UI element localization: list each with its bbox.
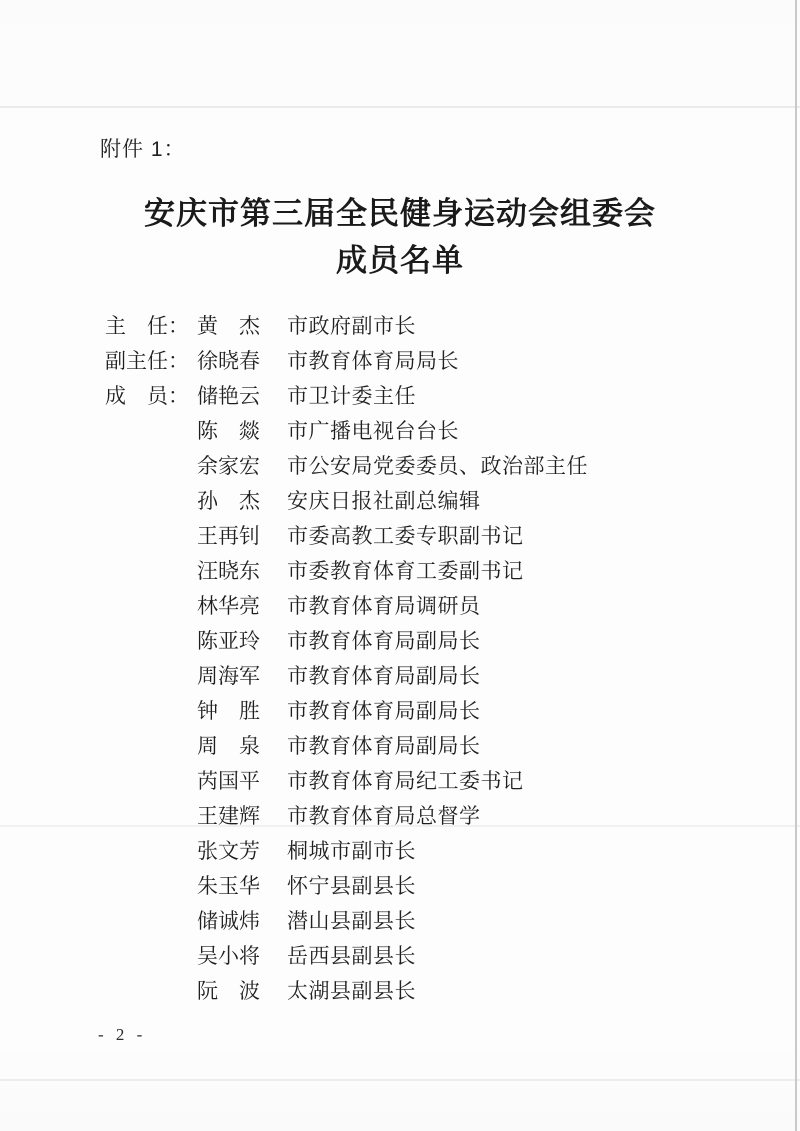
member-position: 市委教育体育工委副书记 (287, 555, 524, 585)
scan-artifact-line-top (0, 106, 800, 108)
member-name: 朱玉华 (197, 870, 287, 900)
member-name: 王建辉 (197, 800, 287, 830)
roster-row: 储诚炜 潜山县副县长 (105, 902, 588, 937)
roster-row: 周 泉 市教育体育局副局长 (105, 727, 588, 762)
roster-row: 周海军 市教育体育局副局长 (105, 657, 588, 692)
roster-row: 芮国平 市教育体育局纪工委书记 (105, 762, 588, 797)
scan-artifact-page-edge (795, 0, 797, 1131)
member-name: 周海军 (197, 660, 287, 690)
member-role: 主 任： (105, 310, 197, 340)
member-position: 市教育体育局副局长 (287, 660, 481, 690)
document-page: 附件 1： 安庆市第三届全民健身运动会组委会 成员名单 主 任： 黄 杰 市政府… (0, 0, 800, 1131)
member-name: 储诚炜 (197, 905, 287, 935)
roster-row: 主 任： 黄 杰 市政府副市长 (105, 307, 588, 342)
member-position: 太湖县副县长 (287, 975, 416, 1005)
member-name: 钟 胜 (197, 695, 287, 725)
member-name: 黄 杰 (197, 310, 287, 340)
member-position: 市委高教工委专职副书记 (287, 520, 524, 550)
member-name: 芮国平 (197, 765, 287, 795)
member-position: 市教育体育局纪工委书记 (287, 765, 524, 795)
roster-row: 副主任： 徐晓春 市教育体育局局长 (105, 342, 588, 377)
member-role: 副主任： (105, 345, 197, 375)
page-number: - 2 - (98, 1025, 146, 1045)
member-name: 陈 燚 (197, 415, 287, 445)
member-position: 市教育体育局副局长 (287, 730, 481, 760)
roster-row: 钟 胜 市教育体育局副局长 (105, 692, 588, 727)
member-name: 汪晓东 (197, 555, 287, 585)
member-name: 张文芳 (197, 835, 287, 865)
member-name: 储艳云 (197, 380, 287, 410)
member-position: 安庆日报社副总编辑 (287, 485, 481, 515)
roster-row: 王再钊 市委高教工委专职副书记 (105, 517, 588, 552)
roster-row: 陈 燚 市广播电视台台长 (105, 412, 588, 447)
roster-row: 汪晓东 市委教育体育工委副书记 (105, 552, 588, 587)
member-position: 潜山县副县长 (287, 905, 416, 935)
roster-row: 吴小将 岳西县副县长 (105, 937, 588, 972)
committee-roster: 主 任： 黄 杰 市政府副市长 副主任： 徐晓春 市教育体育局局长 成 员： 储… (105, 307, 588, 1007)
member-name: 陈亚玲 (197, 625, 287, 655)
member-name: 余家宏 (197, 450, 287, 480)
roster-row: 林华亮 市教育体育局调研员 (105, 587, 588, 622)
member-name: 徐晓春 (197, 345, 287, 375)
member-position: 市公安局党委委员、政治部主任 (287, 450, 588, 480)
member-position: 市教育体育局副局长 (287, 695, 481, 725)
member-position: 桐城市副市长 (287, 835, 416, 865)
attachment-label: 附件 1： (100, 133, 186, 163)
roster-row: 成 员： 储艳云 市卫计委主任 (105, 377, 588, 412)
member-name: 林华亮 (197, 590, 287, 620)
member-name: 阮 波 (197, 975, 287, 1005)
roster-row: 孙 杰 安庆日报社副总编辑 (105, 482, 588, 517)
member-position: 市政府副市长 (287, 310, 416, 340)
member-position: 怀宁县副县长 (287, 870, 416, 900)
roster-row: 阮 波 太湖县副县长 (105, 972, 588, 1007)
document-title: 安庆市第三届全民健身运动会组委会 成员名单 (0, 190, 800, 284)
member-position: 市教育体育局局长 (287, 345, 459, 375)
member-name: 吴小将 (197, 940, 287, 970)
member-position: 市教育体育局调研员 (287, 590, 481, 620)
member-name: 周 泉 (197, 730, 287, 760)
member-name: 王再钊 (197, 520, 287, 550)
scan-artifact-line-bottom (0, 1079, 800, 1081)
member-position: 市教育体育局总督学 (287, 800, 481, 830)
roster-row: 陈亚玲 市教育体育局副局长 (105, 622, 588, 657)
member-position: 市教育体育局副局长 (287, 625, 481, 655)
roster-row: 朱玉华 怀宁县副县长 (105, 867, 588, 902)
document-title-line-2: 成员名单 (0, 237, 800, 284)
member-position: 市卫计委主任 (287, 380, 416, 410)
member-position: 岳西县副县长 (287, 940, 416, 970)
roster-row: 余家宏 市公安局党委委员、政治部主任 (105, 447, 588, 482)
member-position: 市广播电视台台长 (287, 415, 459, 445)
member-name: 孙 杰 (197, 485, 287, 515)
document-title-line-1: 安庆市第三届全民健身运动会组委会 (0, 190, 800, 237)
roster-row: 王建辉 市教育体育局总督学 (105, 797, 588, 832)
roster-row: 张文芳 桐城市副市长 (105, 832, 588, 867)
member-role: 成 员： (105, 380, 197, 410)
